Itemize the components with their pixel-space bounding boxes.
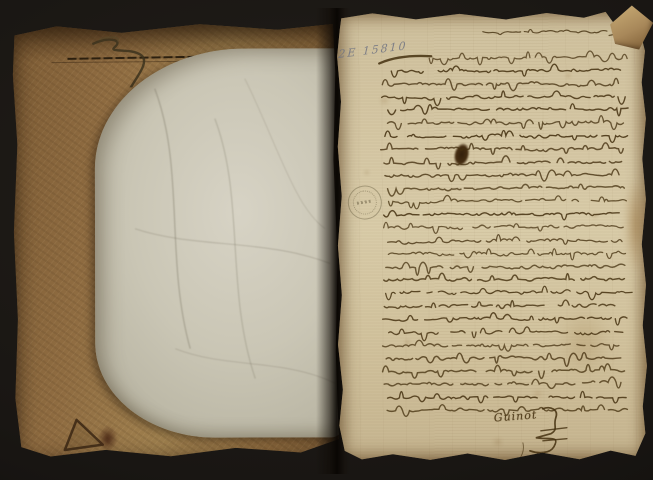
handwritten-text-block [335,10,648,461]
vellum-wrinkles [95,48,344,437]
vellum-patch [95,48,344,437]
manuscript-folio-right: 2E 15810 Guinot [335,10,648,461]
ink-stain-cover [94,420,122,456]
manuscript-photo: 2E 15810 Guinot [0,0,653,480]
parchment-cover-left [11,20,340,460]
